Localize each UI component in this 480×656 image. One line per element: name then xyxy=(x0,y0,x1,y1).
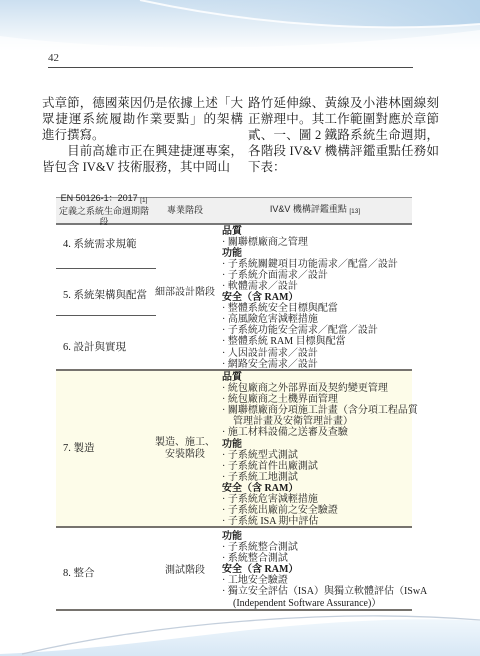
text-line: · 施工材料設備之送審及查驗 xyxy=(222,427,410,438)
text-line: · 整體系統 RAM 目標與配當 xyxy=(222,336,410,347)
stage-label-6: 6. 設計與實現 xyxy=(63,339,126,354)
text-line: · 子系統整合測試 xyxy=(222,542,410,553)
text-line: · 子系統出廠前之安全驗證 xyxy=(222,505,410,516)
text-line: 眾捷運系統履勘作業要點」的架構 xyxy=(42,111,243,127)
footnote-ref: [1] xyxy=(140,197,147,204)
focus-items-integration: 功能· 子系統整合測試· 系統整合測試安全（含 RAM）· 工地安全驗證· 獨立… xyxy=(222,531,410,609)
text-line: · 統包廠商之土機界面管理 xyxy=(222,394,410,405)
document-page: 42 式章節，德國萊因仍是依據上述「大眾捷運系統履勘作業要點」的架構進行撰寫。 … xyxy=(0,0,480,656)
header-cell-focus: IV&V 機構評鑑重點 [13] xyxy=(218,198,412,223)
text-line: · 子系統功能安全需求／配當／設計 xyxy=(222,325,410,336)
text-line: · 系統整合測試 xyxy=(222,553,410,564)
text-line: 進行撰寫。 xyxy=(42,127,243,143)
bottom-wave-decoration xyxy=(0,604,480,656)
header-rule xyxy=(48,67,413,68)
text-line: 路竹延伸線、黃線及小港林園線刻 xyxy=(248,95,439,111)
text-line: · 子系統首件出廠測試 xyxy=(222,461,410,472)
text-line: 安全（含 RAM） xyxy=(222,564,410,575)
text-line: 測試階段 xyxy=(152,565,218,577)
table-header-row: EN 50126-1：2017 [1] 定義之系統生命週期階段 專業階段 IV&… xyxy=(56,197,412,225)
header-lifecycle-line1: EN 50126-1：2017 [1] xyxy=(56,193,152,206)
text-line: 安裝階段 xyxy=(152,449,218,461)
text-line: 目前高雄市正在興建捷運專案， xyxy=(42,143,243,159)
text-line: 功能 xyxy=(222,248,410,259)
text-line: · 工地安全驗證 xyxy=(222,575,410,586)
phase-label-detailed-design: 細部設計階段 xyxy=(152,287,218,299)
col1-separator xyxy=(56,315,156,316)
text-line: 各階段 IV&V 機構評鑑重點任務如 xyxy=(248,143,439,159)
text-line: · 高風險危害減輕措施 xyxy=(222,314,410,325)
text-line: · 整體系統安全目標與配當 xyxy=(222,303,410,314)
text-line: 品質 xyxy=(222,226,410,237)
section-design: 4. 系統需求規範 5. 系統架構與配當 6. 設計與實現 細部設計階段 品質·… xyxy=(56,225,412,369)
focus-items-manufacture: 品質· 統包廠商之外部界面及契約變更管理· 統包廠商之土機界面管理· 關聯標廠商… xyxy=(222,372,410,527)
text-line: 安全（含 RAM） xyxy=(222,483,410,494)
text-line: · 子系統危害減輕措施 xyxy=(222,494,410,505)
text-line: · 關聯標廠商分項施工計畫（含分項工程品質 xyxy=(222,405,410,416)
text-line: 品質 xyxy=(222,372,410,383)
text-line: · 子系統介面需求／設計 xyxy=(222,270,410,281)
stage-label-7: 7. 製造 xyxy=(63,440,95,455)
text-line: 皆包含 IV&V 技術服務，其中岡山 xyxy=(42,159,243,175)
text-line: · 獨立安全評估（ISA）與獨立軟體評估（ISwA xyxy=(222,586,410,597)
text-line: 製造、施工、 xyxy=(152,437,218,449)
top-wave-decoration xyxy=(0,0,480,64)
text-line: 安全（含 RAM） xyxy=(222,292,410,303)
text-line: · 子系統關鍵項目功能需求／配當／設計 xyxy=(222,259,410,270)
stage-label-4: 4. 系統需求規範 xyxy=(63,236,137,251)
text-line: · 人因設計需求／設計 xyxy=(222,348,410,359)
text-line: 式章節，德國萊因仍是依據上述「大 xyxy=(42,95,243,111)
lifecycle-table: EN 50126-1：2017 [1] 定義之系統生命週期階段 專業階段 IV&… xyxy=(56,197,412,611)
header-cell-phase: 專業階段 xyxy=(152,198,218,223)
stage-label-5: 5. 系統架構與配當 xyxy=(63,287,147,302)
text-line: 貳、一、圖 2 鐵路系統生命週期， xyxy=(248,127,439,143)
text-line: 功能 xyxy=(222,439,410,450)
text-line: · 關聯標廠商之管理 xyxy=(222,237,410,248)
section-integration: 8. 整合 測試階段 功能· 子系統整合測試· 系統整合測試安全（含 RAM）·… xyxy=(56,526,412,611)
col1-separator xyxy=(56,268,156,269)
text-line: 下表： xyxy=(248,159,439,175)
phase-label-test: 測試階段 xyxy=(152,565,218,577)
body-column-left: 式章節，德國萊因仍是依據上述「大眾捷運系統履勘作業要點」的架構進行撰寫。 目前高… xyxy=(42,95,243,175)
text-line: 細部設計階段 xyxy=(152,287,218,299)
phase-label-manufacture-install: 製造、施工、安裝階段 xyxy=(152,437,218,460)
text-line: 管理計畫及安衛管理計畫） xyxy=(222,416,410,427)
section-manufacture: 7. 製造 製造、施工、安裝階段 品質· 統包廠商之外部界面及契約變更管理· 統… xyxy=(56,369,412,526)
stage-label-8: 8. 整合 xyxy=(63,565,95,580)
focus-items-design: 品質· 關聯標廠商之管理功能· 子系統關鍵項目功能需求／配當／設計· 子系統介面… xyxy=(222,226,410,370)
text-line: · 軟體需求／設計 xyxy=(222,281,410,292)
text-line: 功能 xyxy=(222,531,410,542)
footnote-ref: [13] xyxy=(349,208,360,215)
text-line: (Independent Software Assurance)） xyxy=(222,598,410,609)
page-number: 42 xyxy=(48,52,59,64)
header-cell-lifecycle: EN 50126-1：2017 [1] 定義之系統生命週期階段 xyxy=(56,198,152,223)
header-focus-line: IV&V 機構評鑑重點 [13] xyxy=(218,204,412,217)
text-line: · 子系統工地測試 xyxy=(222,472,410,483)
text-line: · 子系統型式測試 xyxy=(222,450,410,461)
text-line: · 統包廠商之外部界面及契約變更管理 xyxy=(222,383,410,394)
text-line: 正辦理中。其工作範圍對應於章節 xyxy=(248,111,439,127)
body-column-right: 路竹延伸線、黃線及小港林園線刻正辦理中。其工作範圍對應於章節貳、一、圖 2 鐵路… xyxy=(248,95,439,175)
